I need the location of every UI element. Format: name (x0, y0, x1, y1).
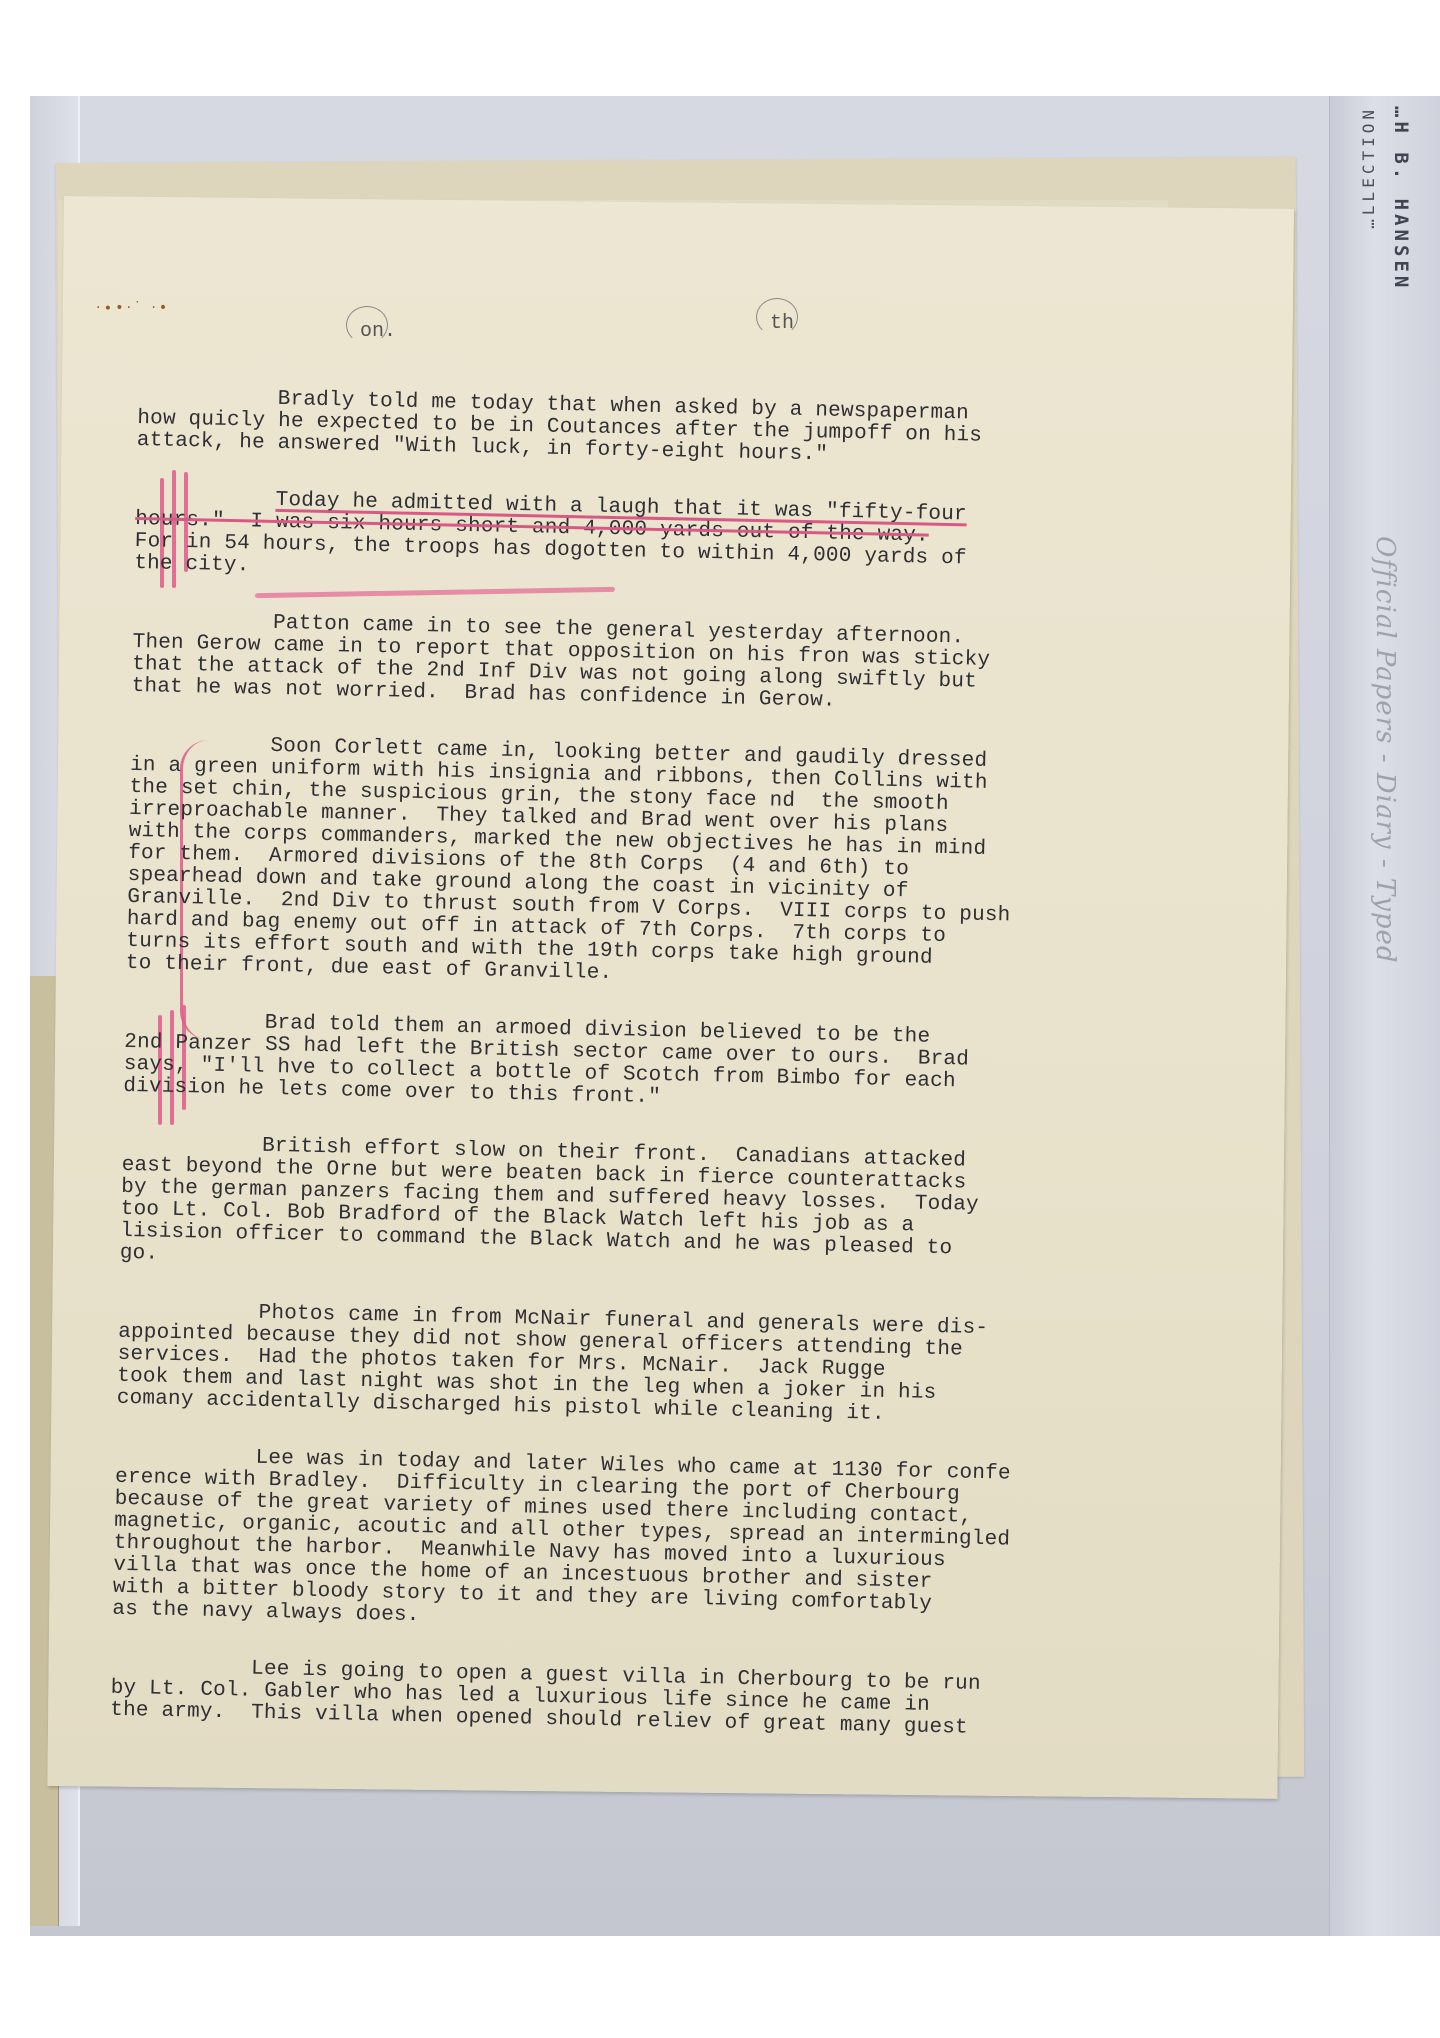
paragraph-mcnair-photos: Photos came in from McNair funeral and g… (117, 1300, 1179, 1432)
folder-right-edge: …H B. HANSEN …LLECTION Official Papers -… (1329, 96, 1440, 1936)
paragraph-corlett-collins: Soon Corlett came in, looking better and… (126, 733, 1191, 997)
folder-label-collection: …LLECTION (1359, 106, 1378, 229)
paragraph-fifty-four-hours: Today he admitted with a laugh that it w… (134, 487, 1196, 597)
pencil-loop (346, 306, 388, 344)
top-mark-left: on. (360, 320, 396, 343)
rust-stains: ·∙•·˙ ·• (96, 300, 170, 316)
top-mark-right: th (770, 312, 794, 335)
paragraph-panzer-scotch: Brad told them an armoed division believ… (123, 1010, 1185, 1120)
paragraph-british-effort: British effort slow on their front. Cana… (120, 1133, 1183, 1287)
folder-label: …H B. HANSEN (1390, 106, 1412, 291)
pencil-loop (756, 298, 798, 336)
typed-text: Bradly told me today that when asked by … (109, 386, 1197, 1779)
paragraph-lee-wiles-cherbourg: Lee was in today and later Wiles who cam… (112, 1445, 1175, 1643)
paragraph-guest-villa: Lee is going to open a guest villa in Ch… (110, 1656, 1171, 1744)
paragraph-patton-gerow: Patton came in to see the general yester… (131, 610, 1193, 720)
pencil-note: Official Papers - Diary - Typed (1370, 536, 1400, 964)
